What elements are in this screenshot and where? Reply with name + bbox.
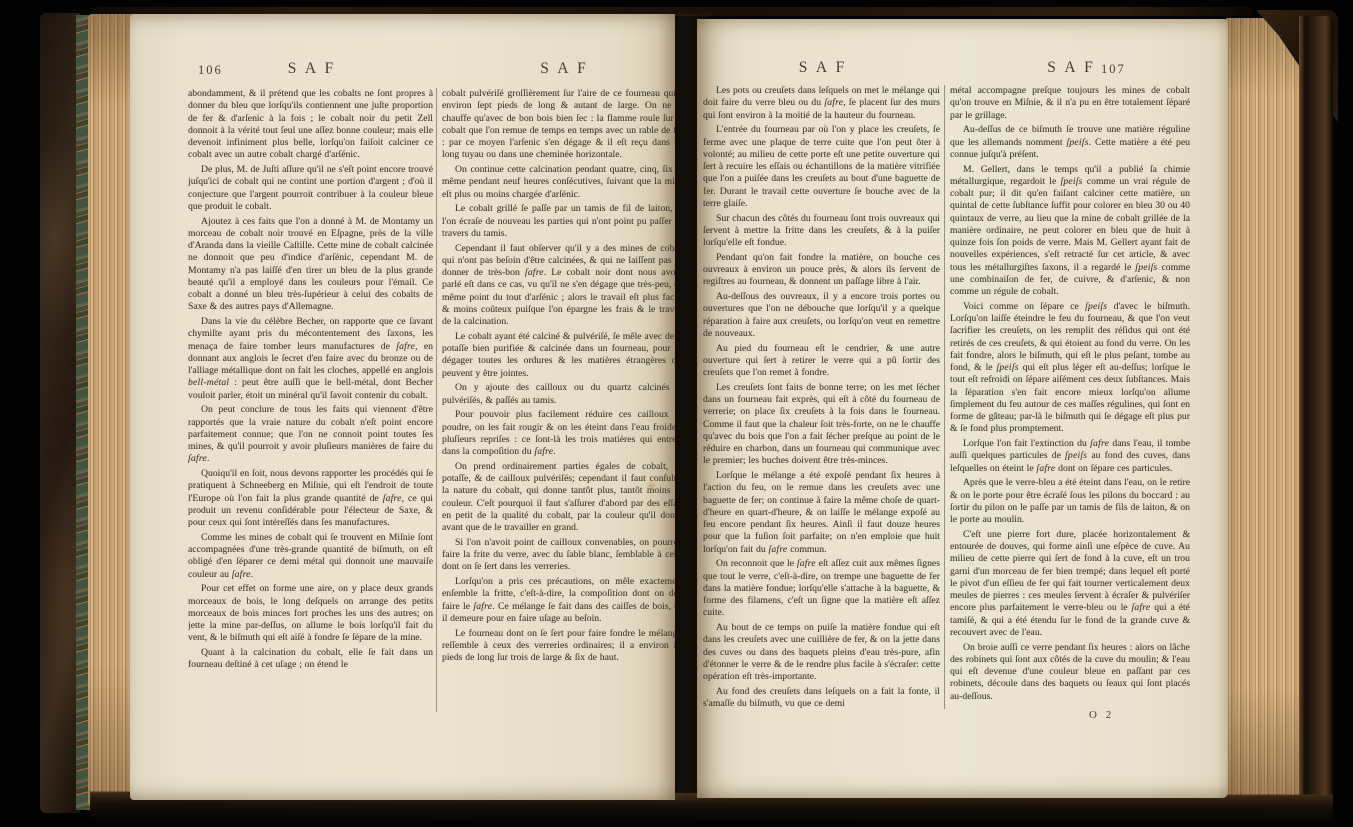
paragraph: C'eſt une pierre fort dure, placée horiz… <box>950 529 1190 639</box>
paragraph: Sur chacun des côtés du fourneau ſont tr… <box>703 213 940 250</box>
paragraph: Au bout de ce temps on puiſe la matière … <box>703 622 940 683</box>
running-header: SAF <box>703 59 940 77</box>
text-column: cobalt pulvériſé groſſièrement ſur l'air… <box>442 88 675 722</box>
paragraph: Les pots ou creuſets dans leſquels on me… <box>703 85 940 122</box>
paragraph: Si l'on n'avoit point de cailloux conven… <box>442 537 675 574</box>
paragraph: Après que le verre-bleu a été éteint dan… <box>950 477 1190 526</box>
paragraph: Au-deſſous des ouvreaux, il y a encore t… <box>703 291 940 340</box>
left-fore-edge <box>88 14 133 807</box>
paragraph: Pour pouvoir plus facilement réduire ces… <box>442 409 675 458</box>
paragraph: On broie auſſi ce verre pendant ſix heur… <box>950 642 1190 703</box>
paragraph: Lorſqu'on a pris ces précautions, on mêl… <box>442 576 675 625</box>
paragraph: De plus, M. de Juſti aſſure qu'il ne s'e… <box>188 164 433 213</box>
right-page: SAF SAF 107 Les pots ou creuſets dans le… <box>697 19 1228 798</box>
paragraph: Le fourneau dont on ſe ſert pour faire f… <box>442 628 675 665</box>
right-cover-board <box>1299 16 1333 812</box>
left-page: 106 SAF SAF abondamment, & il prétend qu… <box>130 14 675 800</box>
left-cover-board <box>40 13 80 813</box>
paper-stain <box>646 480 657 492</box>
paragraph: cobalt pulvériſé groſſièrement ſur l'air… <box>442 88 675 162</box>
paragraph: Comme les mines de cobalt qui ſe trouven… <box>188 532 433 581</box>
paragraph: Quant à la calcination du cobalt, elle ſ… <box>188 647 433 672</box>
paragraph: Voici comme on ſépare ce ſpeiſs d'avec l… <box>950 301 1190 436</box>
text-column: abondamment, & il prétend que les cobalt… <box>188 88 433 722</box>
running-header: SAF <box>950 59 1190 77</box>
right-fore-edge <box>1226 18 1303 804</box>
paragraph: On reconnoit que le ſafre eſt aſſez cuit… <box>703 558 940 619</box>
paragraph: On continue cette calcination pendant qu… <box>442 164 675 201</box>
paragraph: Quoiqu'il en ſoit, nous devons rapporter… <box>188 468 433 529</box>
column-rule <box>944 85 945 709</box>
signature-mark: O 2 <box>1089 709 1114 721</box>
page-number: 107 <box>1101 62 1126 77</box>
paragraph: Pendant qu'on fait fondre la matière, on… <box>703 252 940 289</box>
paragraph: Lorſque le mélange a été expoſé pendant … <box>703 470 940 556</box>
paragraph: Le cobalt ayant été calciné & pulvériſé,… <box>442 331 675 380</box>
paragraph: Au pied du fourneau eſt le cendrier, & u… <box>703 343 940 380</box>
paragraph: Au fond des creuſets dans leſquels on a … <box>703 686 940 711</box>
paragraph: L'entrée du fourneau par où l'on y place… <box>703 124 940 210</box>
paragraph: Le cobalt grillé ſe paſſe par un tamis d… <box>442 203 675 240</box>
paragraph: métal accompagne preſque toujours les mi… <box>950 85 1190 122</box>
running-header: SAF <box>442 60 675 78</box>
paragraph: M. Gellert, dans le temps qu'il a publié… <box>950 164 1190 299</box>
paragraph: Les creuſets ſont faits de bonne terre; … <box>703 382 940 468</box>
paragraph: On y ajoute des cailloux ou du quartz ca… <box>442 382 675 407</box>
paragraph: Au-deſſus de ce biſmuth ſe trouve une ma… <box>950 124 1190 161</box>
column-rule <box>436 88 437 712</box>
text-column: Les pots ou creuſets dans leſquels on me… <box>703 85 940 729</box>
paragraph: Ajoutez à ces faits que l'on a donné à M… <box>188 216 433 314</box>
text-column: métal accompagne preſque toujours les mi… <box>950 85 1190 705</box>
paragraph: On peut conclure de tous les faits qui v… <box>188 404 433 465</box>
paragraph: Dans la vie du célèbre Becher, on rappor… <box>188 316 433 402</box>
paragraph: abondamment, & il prétend que les cobalt… <box>188 88 433 162</box>
paragraph: Cependant il faut obſerver qu'il y a des… <box>442 243 675 329</box>
paragraph: Pour cet effet on forme une aire, on y p… <box>188 583 433 644</box>
paragraph: Lorſque l'on fait l'extinction du ſafre … <box>950 438 1190 475</box>
paragraph: On prend ordinairement parties égales de… <box>442 461 675 535</box>
running-header: SAF <box>188 60 433 78</box>
